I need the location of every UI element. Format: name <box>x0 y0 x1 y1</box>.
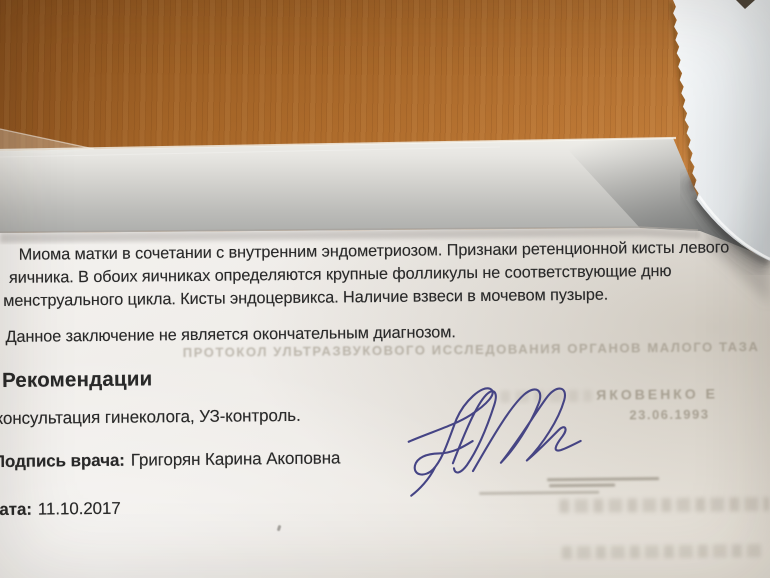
doctor-name: Григорян Карина Акоповна <box>131 448 341 469</box>
doctor-signature-ink <box>402 365 623 507</box>
conclusion-line-2: яичника. В обоих яичниках определяются к… <box>9 262 672 288</box>
date-label: Дата: <box>0 500 32 519</box>
recommendations-text: консультация гинеколога, УЗ-контроль. <box>0 406 301 429</box>
date-line: Дата:11.10.2017 <box>0 499 121 520</box>
showthrough-patient-birthdate: 23.06.1993 <box>629 406 739 422</box>
doctor-signature-line: Подпись врача:Григорян Карина Акоповна <box>0 448 340 472</box>
doctor-label: Подпись врача: <box>0 451 125 471</box>
paper-speck <box>277 525 282 532</box>
conclusion-line-3: менструального цикла. Кисты эндоцервикса… <box>3 286 608 311</box>
date-value: 11.10.2017 <box>38 499 121 519</box>
conclusion-line-1: Миома матки в сочетании с внутренним энд… <box>19 238 730 264</box>
document-content: ПРОТОКОЛ УЛЬТРАЗВУКОВОГО ИССЛЕДОВАНИЯ ОР… <box>0 0 770 578</box>
photo-frame: ПРОТОКОЛ УЛЬТРАЗВУКОВОГО ИССЛЕДОВАНИЯ ОР… <box>0 0 770 578</box>
showthrough-smudge-row-2 <box>562 544 762 559</box>
recommendations-heading: Рекомендации <box>2 367 153 393</box>
